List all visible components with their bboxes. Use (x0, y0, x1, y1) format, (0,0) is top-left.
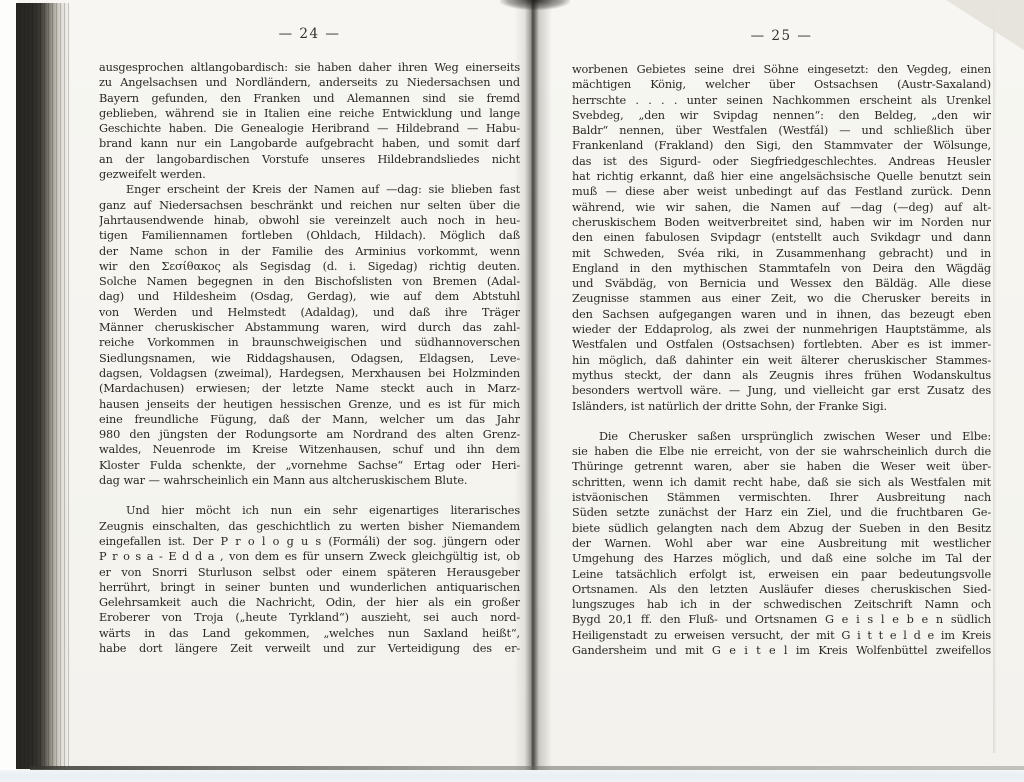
text-line: dag) und Hildesheim (Osdag, Gerdag), wie… (99, 289, 520, 304)
text-line: ausgesprochen altlangobardisch: sie habe… (99, 60, 520, 75)
page-24: — 24 — ausgesprochen altlangobardisch: s… (99, 26, 520, 656)
text-line: hausen jenseits der heutigen hessischen … (99, 397, 520, 412)
text-line: er von Snorri Sturluson selbst oder eine… (99, 565, 520, 580)
text-line: wärts in das Land gekommen, „welches nun… (99, 626, 520, 641)
text-line: wieder der Eddaprolog, als zwei der nunm… (572, 322, 991, 337)
text-line: reiche Vorkommen in braunschweigischen u… (99, 335, 520, 350)
text-line: gezweifelt werden. (99, 167, 520, 182)
text-line: Westfalen und Ostfalen (Ostsachsen) fort… (572, 337, 991, 352)
text-line: muß — diese aber weist unbedingt auf das… (572, 184, 991, 199)
text-line: an der langobardischen Vorstufe unseres … (99, 152, 520, 167)
text-line: dag war — wahrscheinlich ein Mann aus al… (99, 473, 520, 488)
text-line: Eroberer von Troja („heute Tyrkland“) au… (99, 610, 520, 625)
text-line: (Mardachusen) erwiesen; der letzte Name … (99, 381, 520, 396)
text-line: mächtigen König, welcher über Ostsachsen… (572, 77, 991, 92)
text-line: Gandersheim und mit G e i t e l im Kreis… (572, 643, 991, 658)
text-line: eingefallen ist. Der P r o l o g u s (Fo… (99, 534, 520, 549)
paragraph: Enger erscheint der Kreis der Namen auf … (99, 182, 520, 488)
scanned-book-spread: { "colors": { "paper": "#f5f4ef", "ink":… (0, 0, 1024, 782)
text-line: Umgehung des Harzes möglich, und daß ein… (572, 551, 991, 566)
text-line: istväonischen Stämmen vermischten. Ihrer… (572, 490, 991, 505)
text-line: der Name schon in der Familie des Armini… (99, 244, 520, 259)
text-line: habe dort längere Zeit verweilt und zur … (99, 641, 520, 656)
text-line: Thüringe getrennt waren, aber sie haben … (572, 459, 991, 474)
scan-surface: — 24 — ausgesprochen altlangobardisch: s… (0, 0, 1024, 782)
text-line: biete südlich gelangten nach dem Abzug d… (572, 521, 991, 536)
page-25: — 25 — worbenen Gebietes seine drei Söhn… (572, 28, 991, 658)
paragraph: ausgesprochen altlangobardisch: sie habe… (99, 60, 520, 182)
text-line: Svebdeg, „den wir Svipdag nennen“: den B… (572, 108, 991, 123)
text-line: Gelehrsamkeit auch die Nachricht, Odin, … (99, 595, 520, 610)
scanner-bed-strip (0, 770, 1024, 782)
text-line: und Sväbdäg, von Bernicia und Wessex den… (572, 276, 991, 291)
page-number-left: — 24 — (99, 26, 520, 43)
text-line: geblieben, während sie in Italien eine r… (99, 106, 520, 121)
paragraph: worbenen Gebietes seine drei Söhne einge… (572, 62, 991, 414)
text-line: 980 den jüngsten der Rodungsorte am Nord… (99, 427, 520, 442)
text-line: Zeugnisse stammen aus einer Zeit, wo die… (572, 291, 991, 306)
right-page-crease (993, 8, 996, 753)
text-line: Jahrtausendwende hinab, obwohl sie verei… (99, 213, 520, 228)
text-line: mit Schweden, Svéa riki, in Zusammenhang… (572, 246, 991, 261)
text-line: Frankenland (Frakland) den Sigi, den Sta… (572, 138, 991, 153)
text-line: mythus steckt, der dann als Zeugnis ihre… (572, 368, 991, 383)
text-line: brand kann nur ein Langobarde aufgebrach… (99, 136, 520, 151)
text-line: hat richtig erkannt, daß hier eine angel… (572, 169, 991, 184)
page-number-right: — 25 — (572, 28, 991, 45)
text-line: Enger erscheint der Kreis der Namen auf … (99, 182, 520, 197)
text-line: Solche Namen begegnen in den Bischofslis… (99, 274, 520, 289)
text-line: Süden setzte zunächst der Harz ein Ziel,… (572, 505, 991, 520)
text-line: Siedlungsnamen, wie Riddagshausen, Odags… (99, 351, 520, 366)
text-line: besonders wertvoll wäre. — Jung, und vie… (572, 383, 991, 398)
book-binding-shadow (16, 3, 70, 769)
page-25-text: worbenen Gebietes seine drei Söhne einge… (572, 62, 991, 658)
text-line: P r o s a - E d d a , von dem es für uns… (99, 549, 520, 564)
text-line: den einen fabulosen Svipdagr (entstellt … (572, 230, 991, 245)
text-line: schritten, wenn ich damit recht habe, da… (572, 475, 991, 490)
text-line: Die Cherusker saßen ursprünglich zwische… (572, 429, 991, 444)
text-line: Und hier möcht ich nun ein sehr eigenart… (99, 503, 520, 518)
text-line: Männer cheruskischer Abstammung waren, w… (99, 320, 520, 335)
text-line: Ortsnamen. Als den letzten Ausläufer die… (572, 582, 991, 597)
text-line: ganz auf Niedersachsen beschränkt und re… (99, 198, 520, 213)
text-line: herrührt, bringt in seiner bunten und wu… (99, 580, 520, 595)
gutter-top-shadow (500, 0, 570, 10)
page-24-text: ausgesprochen altlangobardisch: sie habe… (99, 60, 520, 656)
paragraph: Und hier möcht ich nun ein sehr eigenart… (99, 503, 520, 656)
text-line: hin möglich, daß dahinter ein weit älter… (572, 353, 991, 368)
text-line: der Warnen. Wohl aber war eine Ausbreitu… (572, 536, 991, 551)
text-line: Bayern gefunden, den Franken und Alemann… (99, 91, 520, 106)
text-line: Bygd 20,1 ff. den Fluß- und Ortsnamen G … (572, 612, 991, 627)
text-line: Zeugnis einschalten, das geschichtlich z… (99, 519, 520, 534)
text-line: Heiligenstadt zu erweisen versucht, der … (572, 628, 991, 643)
text-line: das ist des Sigurd- oder Siegfriedgeschl… (572, 154, 991, 169)
text-line: England in den mythischen Stammtafeln vo… (572, 261, 991, 276)
text-line: Isländers, ist natürlich der dritte Sohn… (572, 399, 991, 414)
text-line: tigen Familiennamen fortleben (Ohldach, … (99, 228, 520, 243)
text-line: eine freundliche Fügung, daß der Mann, w… (99, 412, 520, 427)
text-line: Leine tatsächlich erfolgt ist, erweisen … (572, 567, 991, 582)
text-line: herrschte . . . . unter seinen Nachkomme… (572, 93, 991, 108)
text-line: waldes, Neuenrode im Kreise Witzenhausen… (99, 442, 520, 457)
paragraph: Die Cherusker saßen ursprünglich zwische… (572, 429, 991, 658)
text-line: zu Angelsachsen und Nordländern, anderse… (99, 75, 520, 90)
text-line: wir den Σεσίθακος als Segisdag (d. i. Si… (99, 259, 520, 274)
text-line: während, wie wir sahen, die Namen auf —d… (572, 200, 991, 215)
text-line: dagsen, Voldagsen (zweimal), Hardegsen, … (99, 366, 520, 381)
text-line: Geschichte haben. Die Genealogie Heribra… (99, 121, 520, 136)
text-line: Baldr“ nennen, über Westfalen (Westfál) … (572, 123, 991, 138)
text-line: von Werden und Helmstedt (Adaldag), und … (99, 305, 520, 320)
text-line: worbenen Gebietes seine drei Söhne einge… (572, 62, 991, 77)
text-line: den Sachsen aufgegangen waren und in ihn… (572, 307, 991, 322)
text-line: sie haben die Elbe nie erreicht, von der… (572, 444, 991, 459)
text-line: cheruskischem Boden weitverbreitet sind,… (572, 215, 991, 230)
text-line: Kloster Fulda schenkte, der „vornehme Sa… (99, 458, 520, 473)
text-line: lungszuges hab ich in der schwedischen Z… (572, 597, 991, 612)
